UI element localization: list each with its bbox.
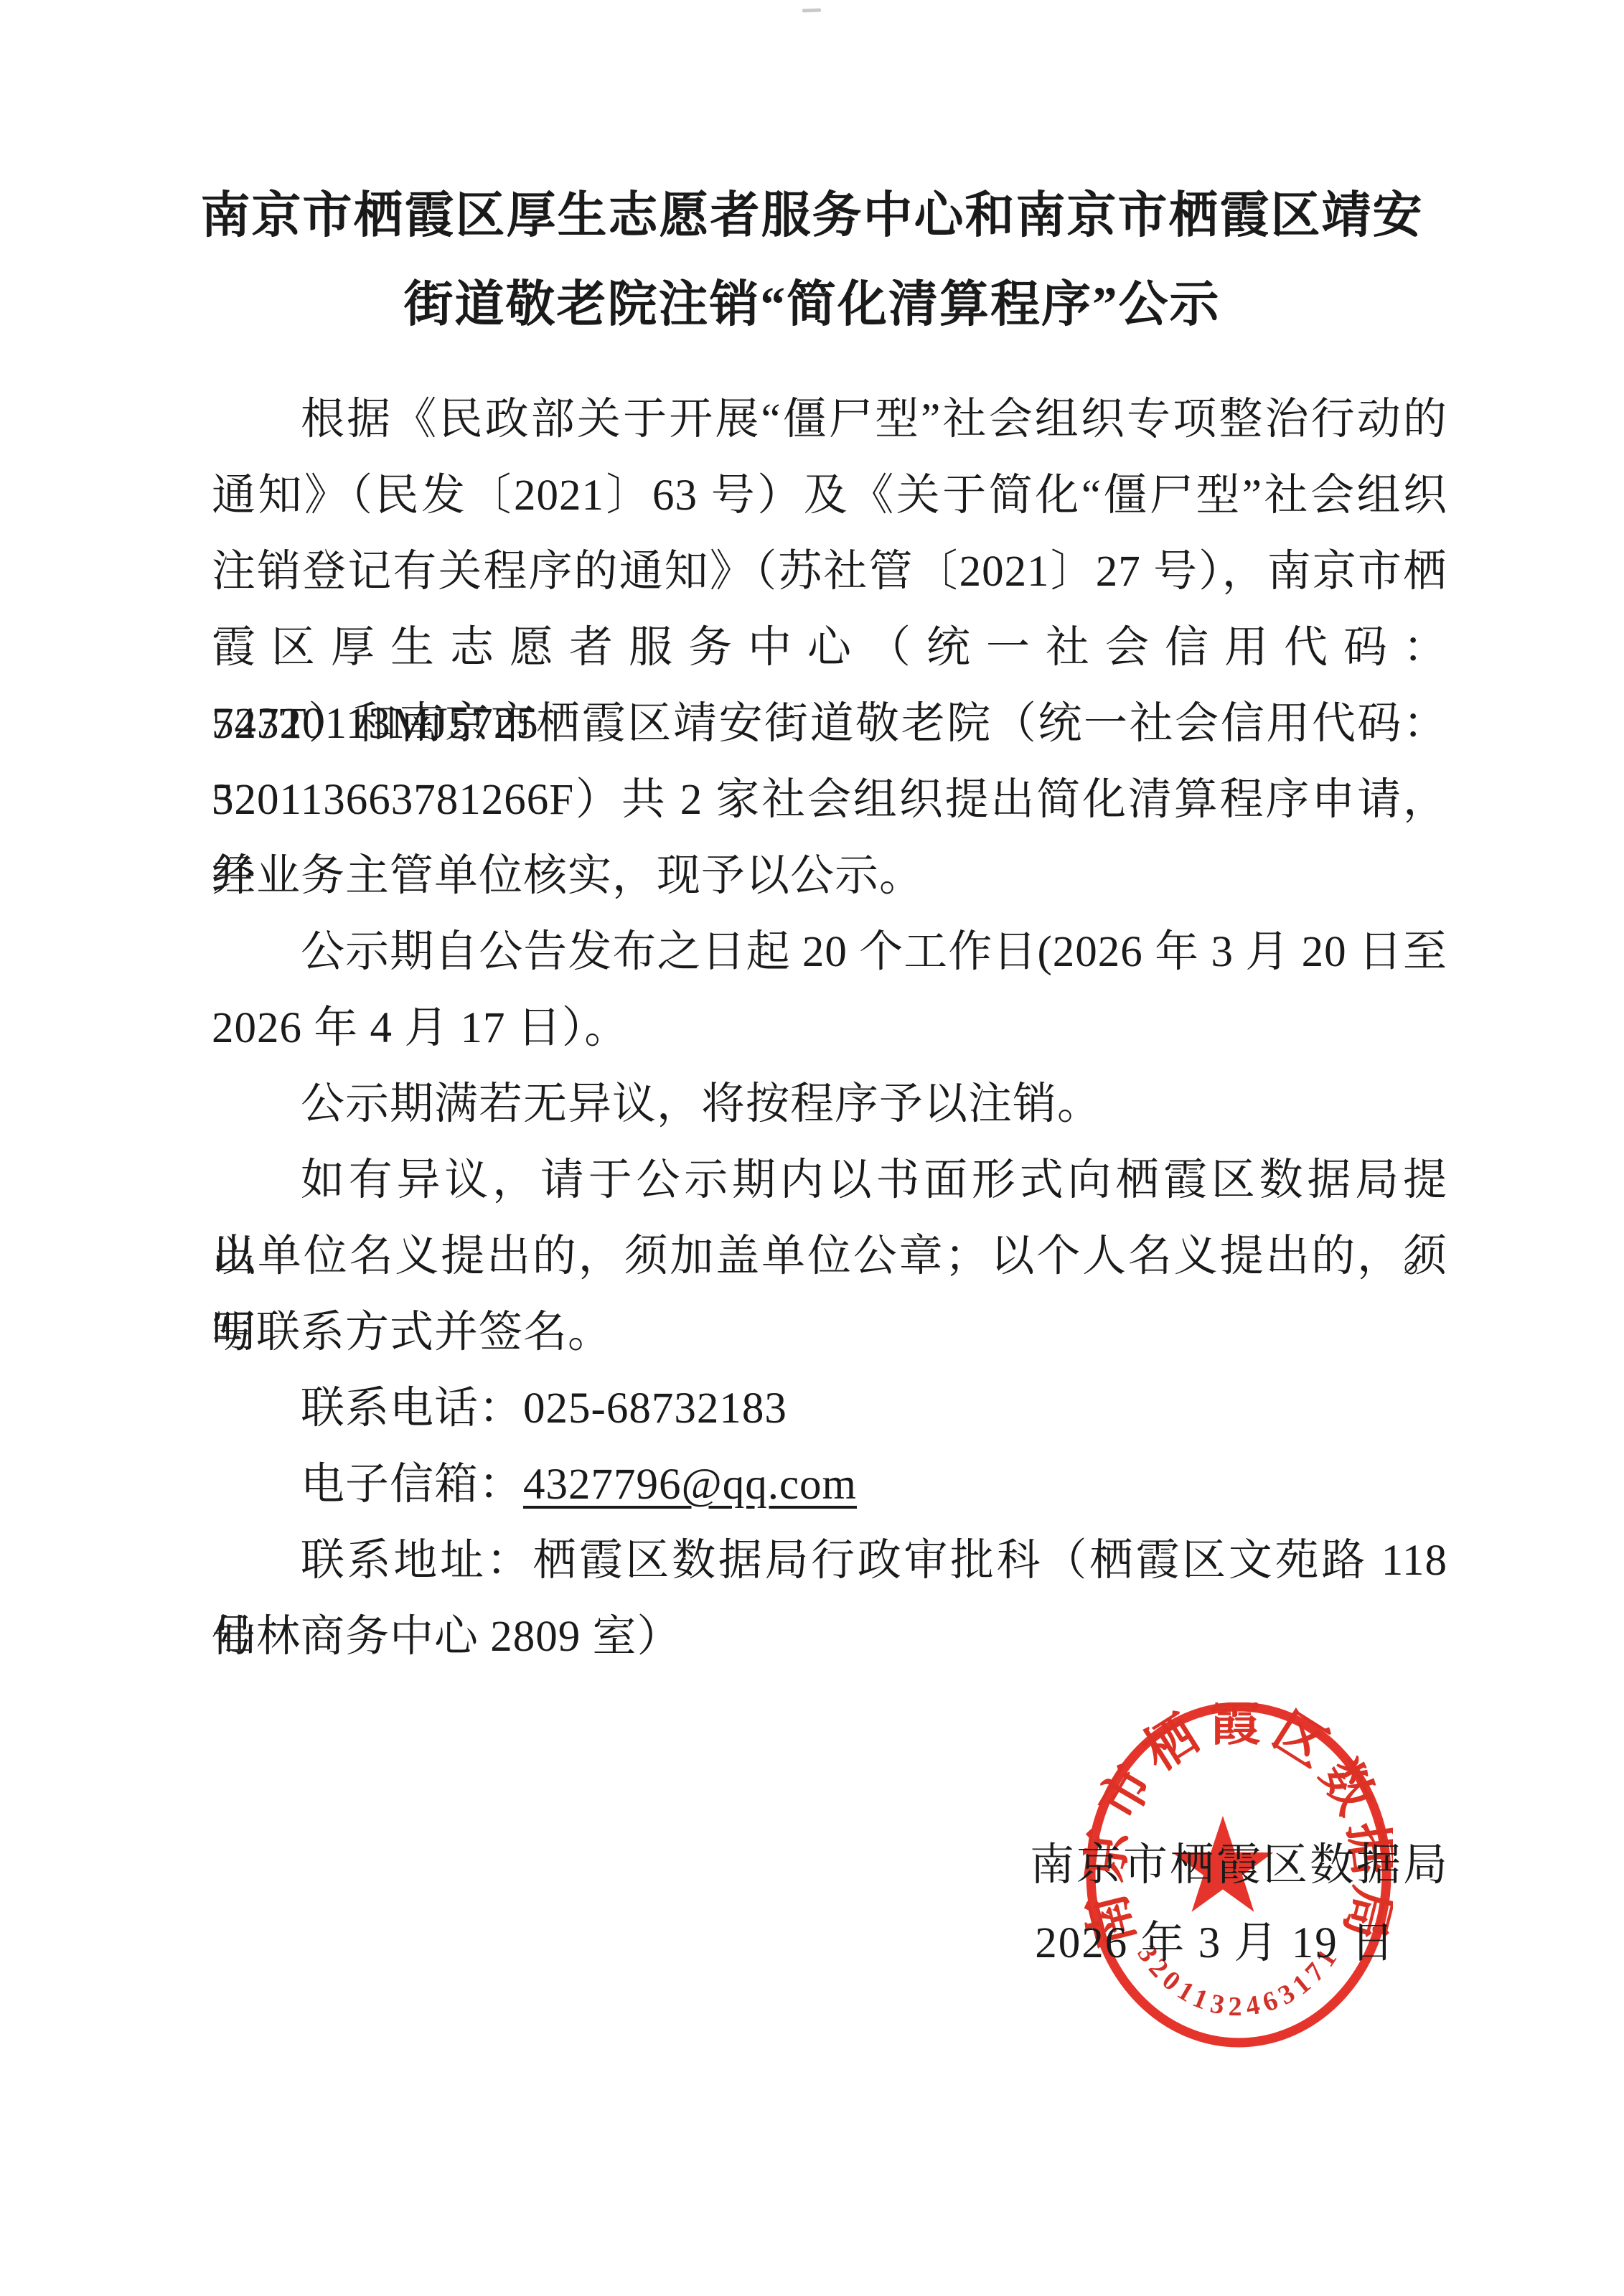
body-line: 如有异议，请于公示期内以书面形式向栖霞区数据局提出。	[212, 1143, 1447, 1219]
body-line: 通知》（民发〔2021〕63 号）及《关于简化“僵尸型”社会组织	[212, 458, 1447, 534]
document-title: 南京市栖霞区厚生志愿者服务中心和南京市栖霞区靖安 街道敬老院注销“简化清算程序”…	[0, 171, 1624, 349]
body-line: 联系地址：栖霞区数据局行政审批科（栖霞区文苑路 118 号	[212, 1523, 1447, 1599]
body-line-email: 电子信箱：4327796@qq.com	[212, 1447, 1447, 1523]
body-line: 公示期自公告发布之日起 20 个工作日(2026 年 3 月 20 日至	[212, 914, 1447, 990]
body-line: 注销登记有关程序的通知》（苏社管〔2021〕27 号），南京市栖	[212, 534, 1447, 610]
body-line: 经业务主管单位核实，现予以公示。	[212, 838, 1447, 914]
document-body: 根据《民政部关于开展“僵尸型”社会组织专项整治行动的 通知》（民发〔2021〕6…	[212, 382, 1447, 1675]
title-line-1: 南京市栖霞区厚生志愿者服务中心和南京市栖霞区靖安	[0, 171, 1624, 260]
title-line-2: 街道敬老院注销“简化清算程序”公示	[0, 260, 1624, 349]
body-line: 明联系方式并签名。	[212, 1295, 1447, 1371]
body-line: 公示期满若无异议，将按程序予以注销。	[212, 1067, 1447, 1143]
signature-date: 2026 年 3 月 19 日	[1035, 1908, 1396, 1970]
email-label: 电子信箱：	[301, 1461, 523, 1509]
document-page: 南京市栖霞区厚生志愿者服务中心和南京市栖霞区靖安 街道敬老院注销“简化清算程序”…	[0, 0, 1624, 2296]
body-line: 以单位名义提出的，须加盖单位公章；以个人名义提出的，须写	[212, 1219, 1447, 1295]
scan-artifact	[802, 9, 821, 13]
signature-org: 南京市栖霞区数据局	[1030, 1829, 1450, 1893]
body-line: 仙林商务中心 2809 室）	[212, 1599, 1447, 1675]
body-line: 747T）和南京市栖霞区靖安街道敬老院（统一社会信用代码：52	[212, 686, 1447, 762]
email-link[interactable]: 4327796@qq.com	[523, 1461, 857, 1509]
body-line: 2026 年 4 月 17 日）。	[212, 990, 1447, 1067]
body-line: 根据《民政部关于开展“僵尸型”社会组织专项整治行动的	[212, 382, 1447, 458]
body-line-phone: 联系电话：025-68732183	[212, 1371, 1447, 1447]
body-line: 320113663781266F）共 2 家社会组织提出简化清算程序申请，并	[212, 762, 1447, 838]
body-line: 霞区厚生志愿者服务中心（统一社会信用代码：52320113MJ5725	[212, 610, 1447, 686]
